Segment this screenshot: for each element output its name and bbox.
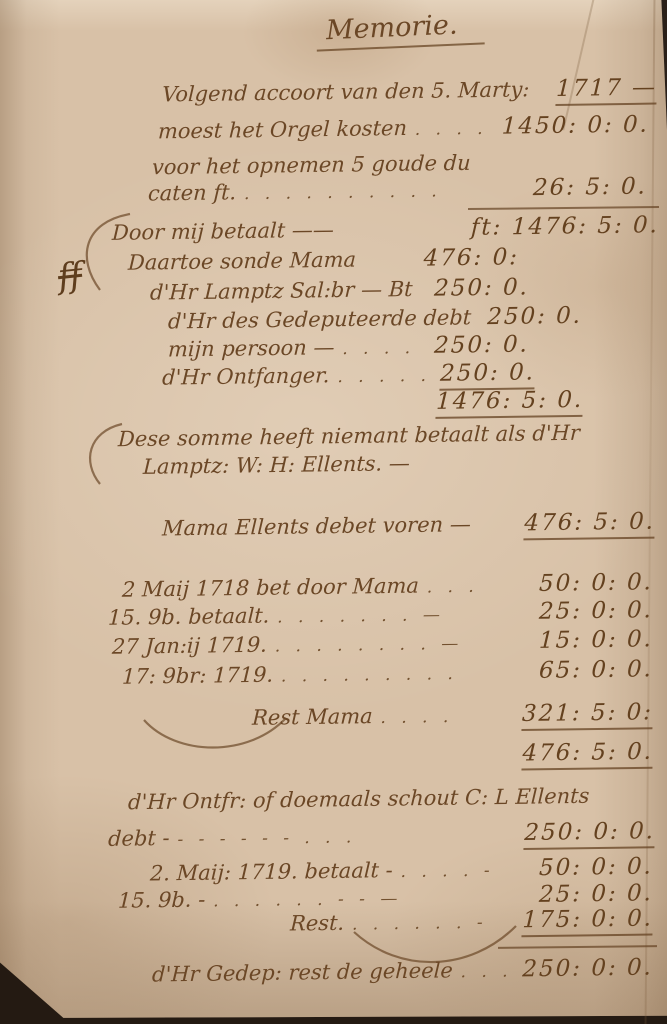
ledger-line: Rest Mama . . . . 321: 5: 0:	[251, 699, 653, 735]
ledger-line: d'Hr des Gedeputeerde debt 250: 0.	[168, 303, 530, 334]
dot-leader: . . .	[427, 576, 532, 597]
dot-leader	[479, 530, 517, 531]
line-amount: 1450: 0: 0.	[501, 112, 649, 140]
line-amount: 250: 0.	[434, 331, 530, 358]
ledger-line: voor het opnemen 5 goude du	[152, 151, 472, 179]
line-text: 15. 9b. betaalt.	[108, 604, 270, 630]
dot-leader: - - - - - - . . .	[177, 825, 517, 850]
line-text: Daartoe sonde Mama	[128, 248, 357, 275]
ledger-line: mijn persoon — . . . . . 250: 0.	[168, 331, 530, 362]
line-text: d'Hr Ontfanger.	[162, 363, 330, 389]
line-text: d'Hr Lamptz Sal:br — Bt	[150, 277, 414, 305]
note-line: Lamptz: W: H: Ellents. —	[143, 451, 411, 479]
line-text: moest het Orgel kosten	[158, 116, 408, 143]
line-text: voor het opnemen 5 goude du	[152, 151, 472, 179]
dot-leader: . . . . . .	[337, 366, 432, 387]
line-amount: 25: 0: 0.	[539, 880, 654, 908]
page-title-text: Memorie.	[315, 8, 484, 51]
line-amount: 1717 —	[556, 75, 658, 106]
line-text: d'Hr Gedep: rest de geheele	[152, 958, 454, 986]
ledger-total: 1476: 5: 0.	[419, 387, 579, 419]
dot-leader: . . . .	[380, 706, 514, 728]
line-amount: 250: 0.	[487, 303, 583, 330]
dot-leader: . . . .	[415, 119, 495, 140]
line-amount: 321: 5: 0:	[521, 699, 653, 731]
line-text: Volgend accoort van den 5. Marty:	[162, 77, 530, 106]
line-text: Door mij betaalt ——	[112, 218, 335, 245]
line-amount: 50: 0: 0.	[539, 569, 654, 597]
ledger-total: 476: 5: 0.	[469, 739, 653, 772]
line-text: d'Hr des Gedeputeerde debt	[168, 305, 472, 333]
line-text: debt -	[108, 826, 170, 851]
ledger-line: d'Hr Lamptz Sal:br — Bt 250: 0.	[150, 274, 530, 305]
line-text: Rest.	[290, 911, 345, 936]
line-text: mijn persoon —	[168, 335, 335, 361]
dot-leader: . . . . . . . . . .	[244, 180, 526, 204]
total-amount: 1476: 5: 0.	[435, 387, 583, 419]
dot-leader: . . . . . . . . —	[275, 633, 532, 657]
line-text: 17: 9br: 1719.	[122, 663, 274, 689]
line-amount: 250: 0: 0.	[524, 818, 656, 850]
total-amount: 476: 5: 0.	[522, 739, 654, 771]
ledger-line: Daartoe sonde Mama 476: 0:	[128, 244, 520, 275]
line-amount: 250: 0.	[434, 274, 530, 301]
dot-leader	[364, 266, 416, 267]
line-amount: 476: 5: 0.	[524, 509, 656, 541]
dot-leader: . . . . . . . —	[277, 604, 531, 628]
line-text: Rest Mama	[252, 704, 374, 730]
dot-leader: . . . . -	[400, 860, 531, 882]
ledger-line: Rest. . . . . . . - 175: 0: 0.	[289, 905, 653, 940]
line-amount: 250: 0: 0.	[522, 954, 654, 982]
line-amount: 50: 0: 0.	[539, 853, 654, 881]
line-text: 2. Maij: 1719. betaalt -	[150, 858, 394, 885]
line-text: Lamptz: W: H: Ellents. —	[143, 451, 411, 479]
manuscript-photo: Memorie. ff Volgend accoort van den 5. M…	[0, 0, 667, 1024]
line-amount: 65: 0: 0.	[539, 656, 654, 684]
dot-leader: . . . . . . -	[352, 912, 515, 934]
dot-leader	[342, 235, 463, 237]
dot-leader: . . . . .	[342, 338, 426, 359]
line-text: 2 Maij 1718 bet door Mama	[122, 574, 420, 602]
dot-leader	[478, 761, 514, 762]
line-amount: 250: 0.	[440, 359, 536, 390]
line-amount: 26: 5: 0.	[533, 174, 648, 202]
line-amount: 175: 0: 0.	[522, 905, 654, 937]
dot-leader: . . . .	[460, 961, 514, 982]
line-text: Mama Ellents debet voren —	[162, 512, 472, 540]
line-amount: 15: 0: 0.	[539, 626, 654, 654]
line-amount: ft: 1476: 5: 0.	[470, 212, 659, 241]
line-text: caten ft.	[148, 180, 237, 205]
line-amount: 25: 0: 0.	[539, 597, 654, 625]
line-amount: 476: 0:	[423, 244, 519, 271]
line-text: 27 Jan:ij 1719.	[112, 633, 268, 659]
dot-leader: . . . . . . . . .	[281, 663, 532, 687]
line-text: 15. 9b. -	[118, 888, 206, 913]
